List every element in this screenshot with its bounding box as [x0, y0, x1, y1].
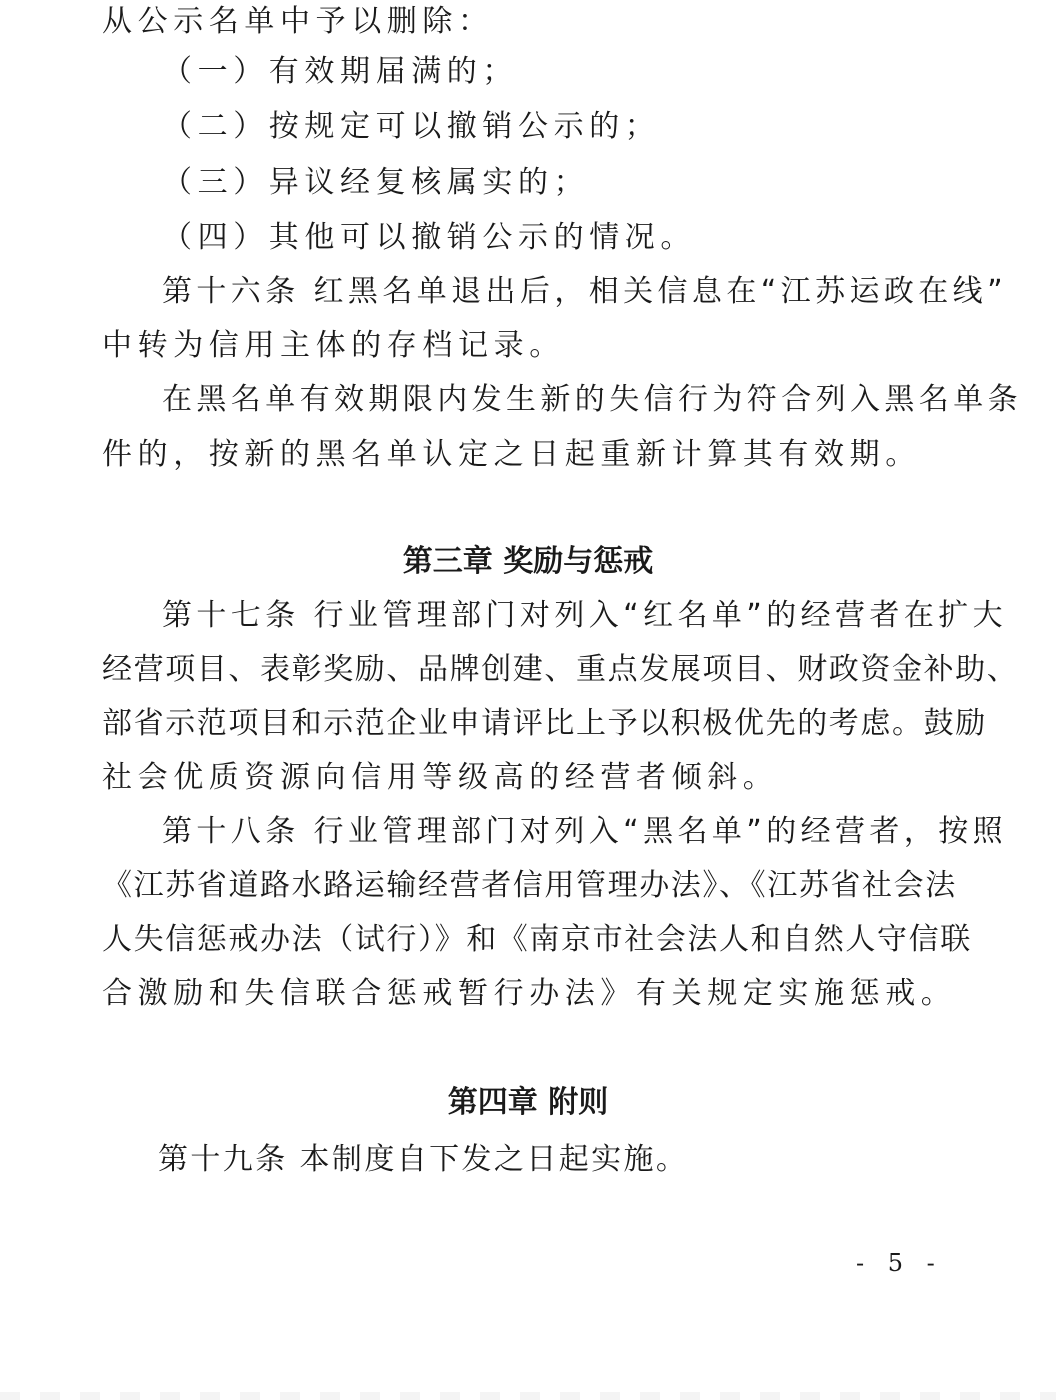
article-17-line-4: 社会优质资源向信用等级高的经营者倾斜。	[102, 760, 778, 796]
page-number: - 5 -	[856, 1248, 943, 1278]
article-16-para2-line-1: 在黑名单有效期限内发生新的失信行为符合列入黑名单条	[162, 382, 1022, 418]
article-18-line-2: 《江苏省道路水路运输经营者信用管理办法》、《江苏省社会法	[102, 868, 957, 904]
list-item-3: （三）异议经复核属实的；	[162, 165, 589, 201]
article-18-line-3: 人失信惩戒办法（试行）》和《南京市社会法人和自然人守信联	[102, 922, 972, 958]
document-page: 从公示名单中予以删除： （一）有效期届满的； （二）按规定可以撤销公示的； （三…	[0, 0, 1056, 1400]
scan-edge	[0, 1392, 1056, 1400]
paragraph-line: 从公示名单中予以删除：	[102, 4, 494, 40]
article-19-line: 第十九条 本制度自下发之日起实施。	[158, 1142, 688, 1178]
article-18-line-4: 合激励和失信联合惩戒暂行办法》有关规定实施惩戒。	[102, 976, 956, 1012]
article-17-line-1: 第十七条 行业管理部门对列入“红名单”的经营者在扩大	[162, 598, 1007, 634]
article-17-line-3: 部省示范项目和示范企业申请评比上予以积极优先的考虑。鼓励	[102, 706, 987, 742]
article-16-line-1: 第十六条 红黑名单退出后，相关信息在“江苏运政在线”	[162, 274, 1007, 310]
article-17-line-2: 经营项目、表彰奖励、品牌创建、重点发展项目、财政资金补助、	[102, 652, 1018, 688]
article-16-para2-line-2: 件的，按新的黑名单认定之日起重新计算其有效期。	[102, 437, 921, 473]
list-item-2: （二）按规定可以撤销公示的；	[162, 109, 660, 145]
list-item-4: （四）其他可以撤销公示的情况。	[162, 220, 696, 256]
chapter-3-heading: 第三章 奖励与惩戒	[0, 544, 1056, 580]
article-18-line-1: 第十八条 行业管理部门对列入“黑名单”的经营者，按照	[162, 814, 1007, 850]
chapter-4-heading: 第四章 附则	[0, 1085, 1056, 1121]
list-item-1: （一）有效期届满的；	[162, 54, 518, 90]
article-16-line-2: 中转为信用主体的存档记录。	[102, 328, 565, 364]
